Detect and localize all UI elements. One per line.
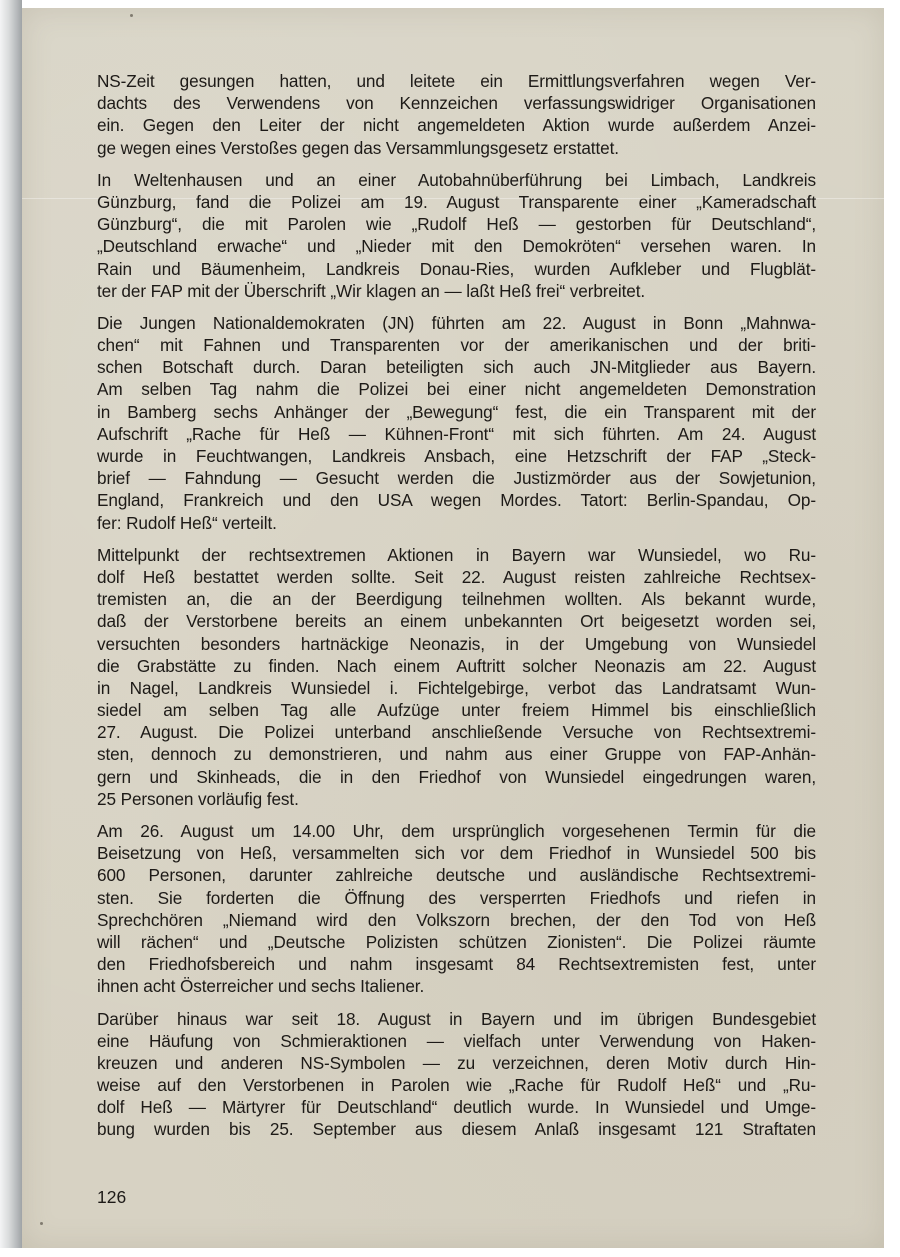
paragraph: Am 26. August um 14.00 Uhr, dem ursprüng… <box>97 820 816 998</box>
text-line: Die Jungen Nationaldemokraten (JN) führt… <box>97 312 816 334</box>
text-line: Beisetzung von Heß, versammelten sich vo… <box>97 842 816 864</box>
text-line: daß der Verstorbene bereits an einem unb… <box>97 610 816 632</box>
paragraph: Mittelpunkt der rechtsextremen Aktionen … <box>97 544 816 810</box>
paragraph: NS-Zeit gesungen hatten, und leitete ein… <box>97 70 816 159</box>
text-line: Am selben Tag nahm die Polizei bei einer… <box>97 378 816 400</box>
paper-speck <box>130 14 133 17</box>
text-line: in Nagel, Landkreis Wunsiedel i. Fichtel… <box>97 677 816 699</box>
paragraph: Die Jungen Nationaldemokraten (JN) führt… <box>97 312 816 534</box>
text-line: Günzburg, fand die Polizei am 19. August… <box>97 191 816 213</box>
text-line: 27. August. Die Polizei unterband anschl… <box>97 721 816 743</box>
text-line: in Bamberg sechs Anhänger der „Bewegung“… <box>97 401 816 423</box>
text-line: In Weltenhausen und an einer Autobahnübe… <box>97 169 816 191</box>
text-line: Darüber hinaus war seit 18. August in Ba… <box>97 1008 816 1030</box>
text-line: eine Häufung von Schmieraktionen — vielf… <box>97 1030 816 1052</box>
text-line: chen“ mit Fahnen und Transparenten vor d… <box>97 334 816 356</box>
paragraph: Darüber hinaus war seit 18. August in Ba… <box>97 1008 816 1141</box>
text-line: Am 26. August um 14.00 Uhr, dem ursprüng… <box>97 820 816 842</box>
text-line: versuchten besonders hartnäckige Neonazi… <box>97 633 816 655</box>
text-line: bung wurden bis 25. September aus diesem… <box>97 1118 816 1140</box>
text-line: Sprechchören „Niemand wird den Volkszorn… <box>97 909 816 931</box>
text-line: ihnen acht Österreicher und sechs Italie… <box>97 975 816 997</box>
text-line: fer: Rudolf Heß“ verteilt. <box>97 512 816 534</box>
text-line: brief — Fahndung — Gesucht werden die Ju… <box>97 467 816 489</box>
text-line: Günzburg“, die mit Parolen wie „Rudolf H… <box>97 213 816 235</box>
text-line: ein. Gegen den Leiter der nicht angemeld… <box>97 114 816 136</box>
text-line: wurde in Feuchtwangen, Landkreis Ansbach… <box>97 445 816 467</box>
scanned-page: NS-Zeit gesungen hatten, und leitete ein… <box>0 0 900 1257</box>
text-line: dolf Heß bestattet werden sollte. Seit 2… <box>97 566 816 588</box>
paper-speck <box>40 1222 43 1225</box>
text-line: 600 Personen, darunter zahlreiche deutsc… <box>97 864 816 886</box>
book-binding-edge <box>0 0 22 1248</box>
paragraph: In Weltenhausen und an einer Autobahnübe… <box>97 169 816 302</box>
text-line: England, Frankreich und den USA wegen Mo… <box>97 489 816 511</box>
text-line: gern und Skinheads, die in den Friedhof … <box>97 766 816 788</box>
text-line: dolf Heß — Märtyrer für Deutschland“ deu… <box>97 1096 816 1118</box>
text-line: den Friedhofsbereich und nahm insgesamt … <box>97 953 816 975</box>
text-line: will rächen“ und „Deutsche Polizisten sc… <box>97 931 816 953</box>
text-line: Rain und Bäumenheim, Landkreis Donau-Rie… <box>97 258 816 280</box>
text-line: kreuzen und anderen NS-Symbolen — zu ver… <box>97 1052 816 1074</box>
text-line: weise auf den Verstorbenen in Parolen wi… <box>97 1074 816 1096</box>
text-line: siedel am selben Tag alle Aufzüge unter … <box>97 699 816 721</box>
text-line: schen Botschaft durch. Daran beteiligten… <box>97 356 816 378</box>
text-line: Mittelpunkt der rechtsextremen Aktionen … <box>97 544 816 566</box>
text-line: dachts des Verwendens von Kennzeichen ve… <box>97 92 816 114</box>
text-line: sten. Sie forderten die Öffnung des vers… <box>97 887 816 909</box>
text-line: ge wegen eines Verstoßes gegen das Versa… <box>97 137 816 159</box>
text-line: Aufschrift „Rache für Heß — Kühnen-Front… <box>97 423 816 445</box>
text-line: „Deutschland erwache“ und „Nieder mit de… <box>97 235 816 257</box>
text-line: NS-Zeit gesungen hatten, und leitete ein… <box>97 70 816 92</box>
text-line: ter der FAP mit der Überschrift „Wir kla… <box>97 280 816 302</box>
body-text: NS-Zeit gesungen hatten, und leitete ein… <box>97 70 816 1151</box>
text-line: 25 Personen vorläufig fest. <box>97 788 816 810</box>
text-line: tremisten an, die an der Beerdigung teil… <box>97 588 816 610</box>
page-number: 126 <box>97 1187 126 1208</box>
text-line: sten, dennoch zu demonstrieren, und nahm… <box>97 743 816 765</box>
text-line: die Grabstätte zu finden. Nach einem Auf… <box>97 655 816 677</box>
